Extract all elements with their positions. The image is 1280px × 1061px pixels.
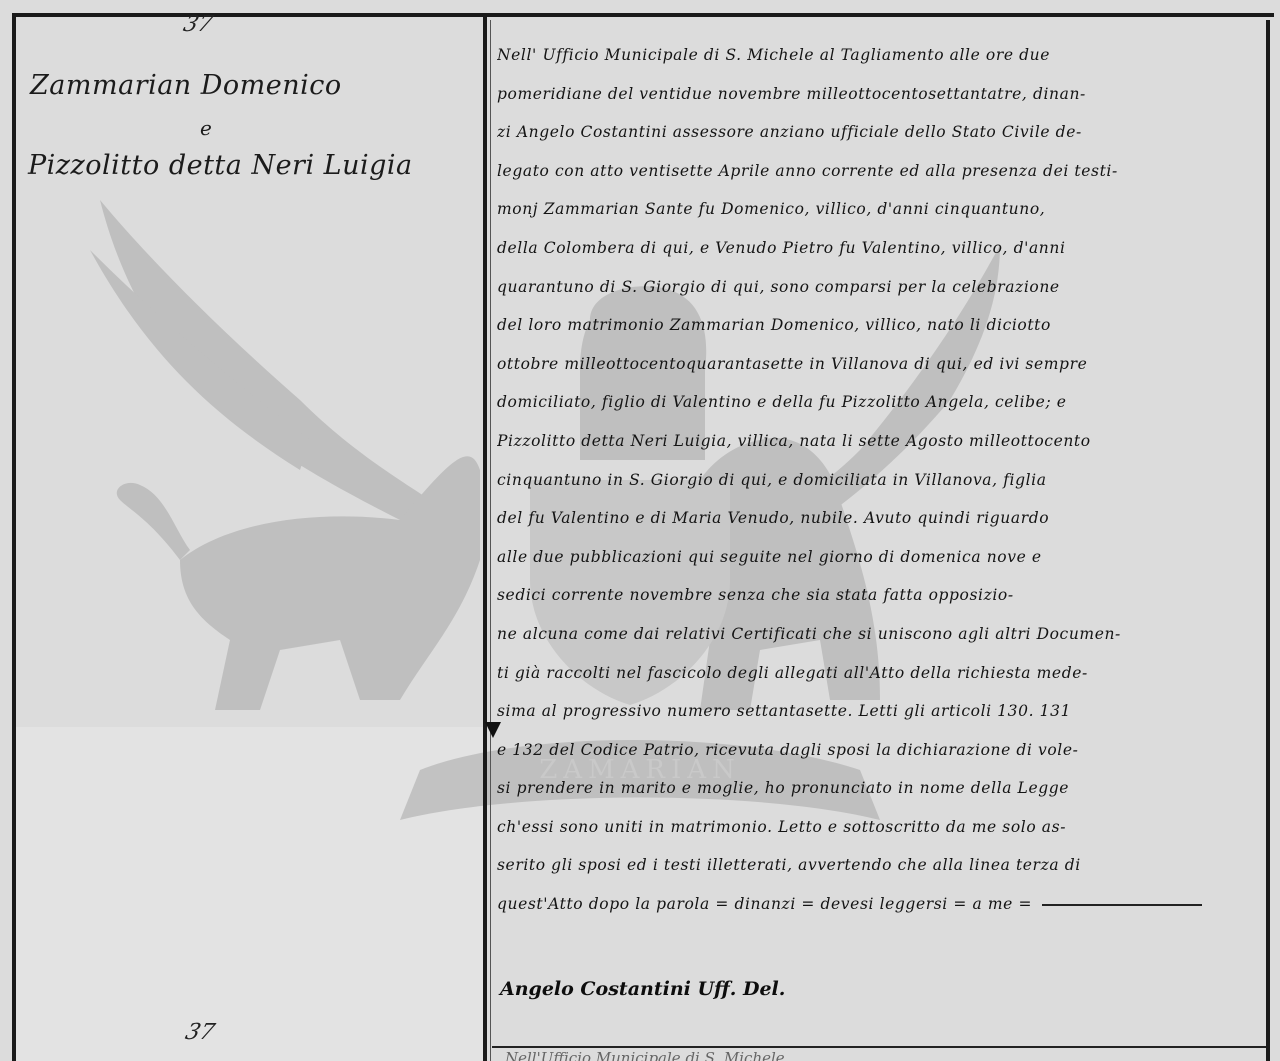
record-end-rule [492, 1046, 1266, 1048]
record-line: zi Angelo Costantini assessore anziano u… [497, 113, 1257, 152]
bride-name: Pizzolitto detta Neri Luigia [28, 150, 413, 181]
record-line: serito gli sposi ed i testi illetterati,… [497, 846, 1257, 885]
record-line: Pizzolitto detta Neri Luigia, villica, n… [497, 422, 1257, 461]
record-line: del loro matrimonio Zammarian Domenico, … [497, 306, 1257, 345]
record-line: ti già raccolti nel fascicolo degli alle… [497, 654, 1257, 693]
register-page: ZAMARIAN 37 Zammarian Domenico e Pizzoli… [0, 0, 1280, 1061]
frame-right-line [1266, 20, 1270, 1061]
officer-signature: Angelo Costantini Uff. Del. [500, 978, 785, 1000]
record-line: legato con atto ventisette Aprile anno c… [497, 152, 1257, 191]
act-number: 37 [181, 12, 216, 37]
record-line: ch'essi sono uniti in matrimonio. Letto … [497, 808, 1257, 847]
record-line: si prendere in marito e moglie, ho pronu… [497, 769, 1257, 808]
groom-name: Zammarian Domenico [30, 70, 342, 101]
column-divider [483, 13, 487, 1061]
record-line: sedici corrente novembre senza che sia s… [497, 576, 1257, 615]
record-body: Nell' Ufficio Municipale di S. Michele a… [497, 36, 1257, 924]
record-line-final: quest'Atto dopo la parola = dinanzi = de… [497, 885, 1257, 924]
record-line: del fu Valentino e di Maria Venudo, nubi… [497, 499, 1257, 538]
record-line: monj Zammarian Sante fu Domenico, villic… [497, 190, 1257, 229]
record-line: domiciliato, figlio di Valentino e della… [497, 383, 1257, 422]
record-line: Nell' Ufficio Municipale di S. Michele a… [497, 36, 1257, 75]
record-line: sima al progressivo numero settantasette… [497, 692, 1257, 731]
record-line: quarantuno di S. Giorgio di qui, sono co… [497, 268, 1257, 307]
record-line: e 132 del Codice Patrio, ricevuta dagli … [497, 731, 1257, 770]
next-record-partial: Nell'Ufficio Municipale di S. Michele... [505, 1049, 799, 1061]
record-line: alle due pubblicazioni qui seguite nel g… [497, 538, 1257, 577]
column-divider-thin [490, 20, 491, 1061]
record-line: della Colombera di qui, e Venudo Pietro … [497, 229, 1257, 268]
paper-fold-area [16, 727, 483, 1061]
record-line: ne alcuna come dai relativi Certificati … [497, 615, 1257, 654]
record-line: pomeridiane del ventidue novembre milleo… [497, 75, 1257, 114]
conjunction: e [200, 116, 212, 140]
frame-left-line [12, 13, 16, 1061]
record-line: ottobre milleottocentoquarantasette in V… [497, 345, 1257, 384]
record-line: cinquantuno in S. Giorgio di qui, e domi… [497, 461, 1257, 500]
